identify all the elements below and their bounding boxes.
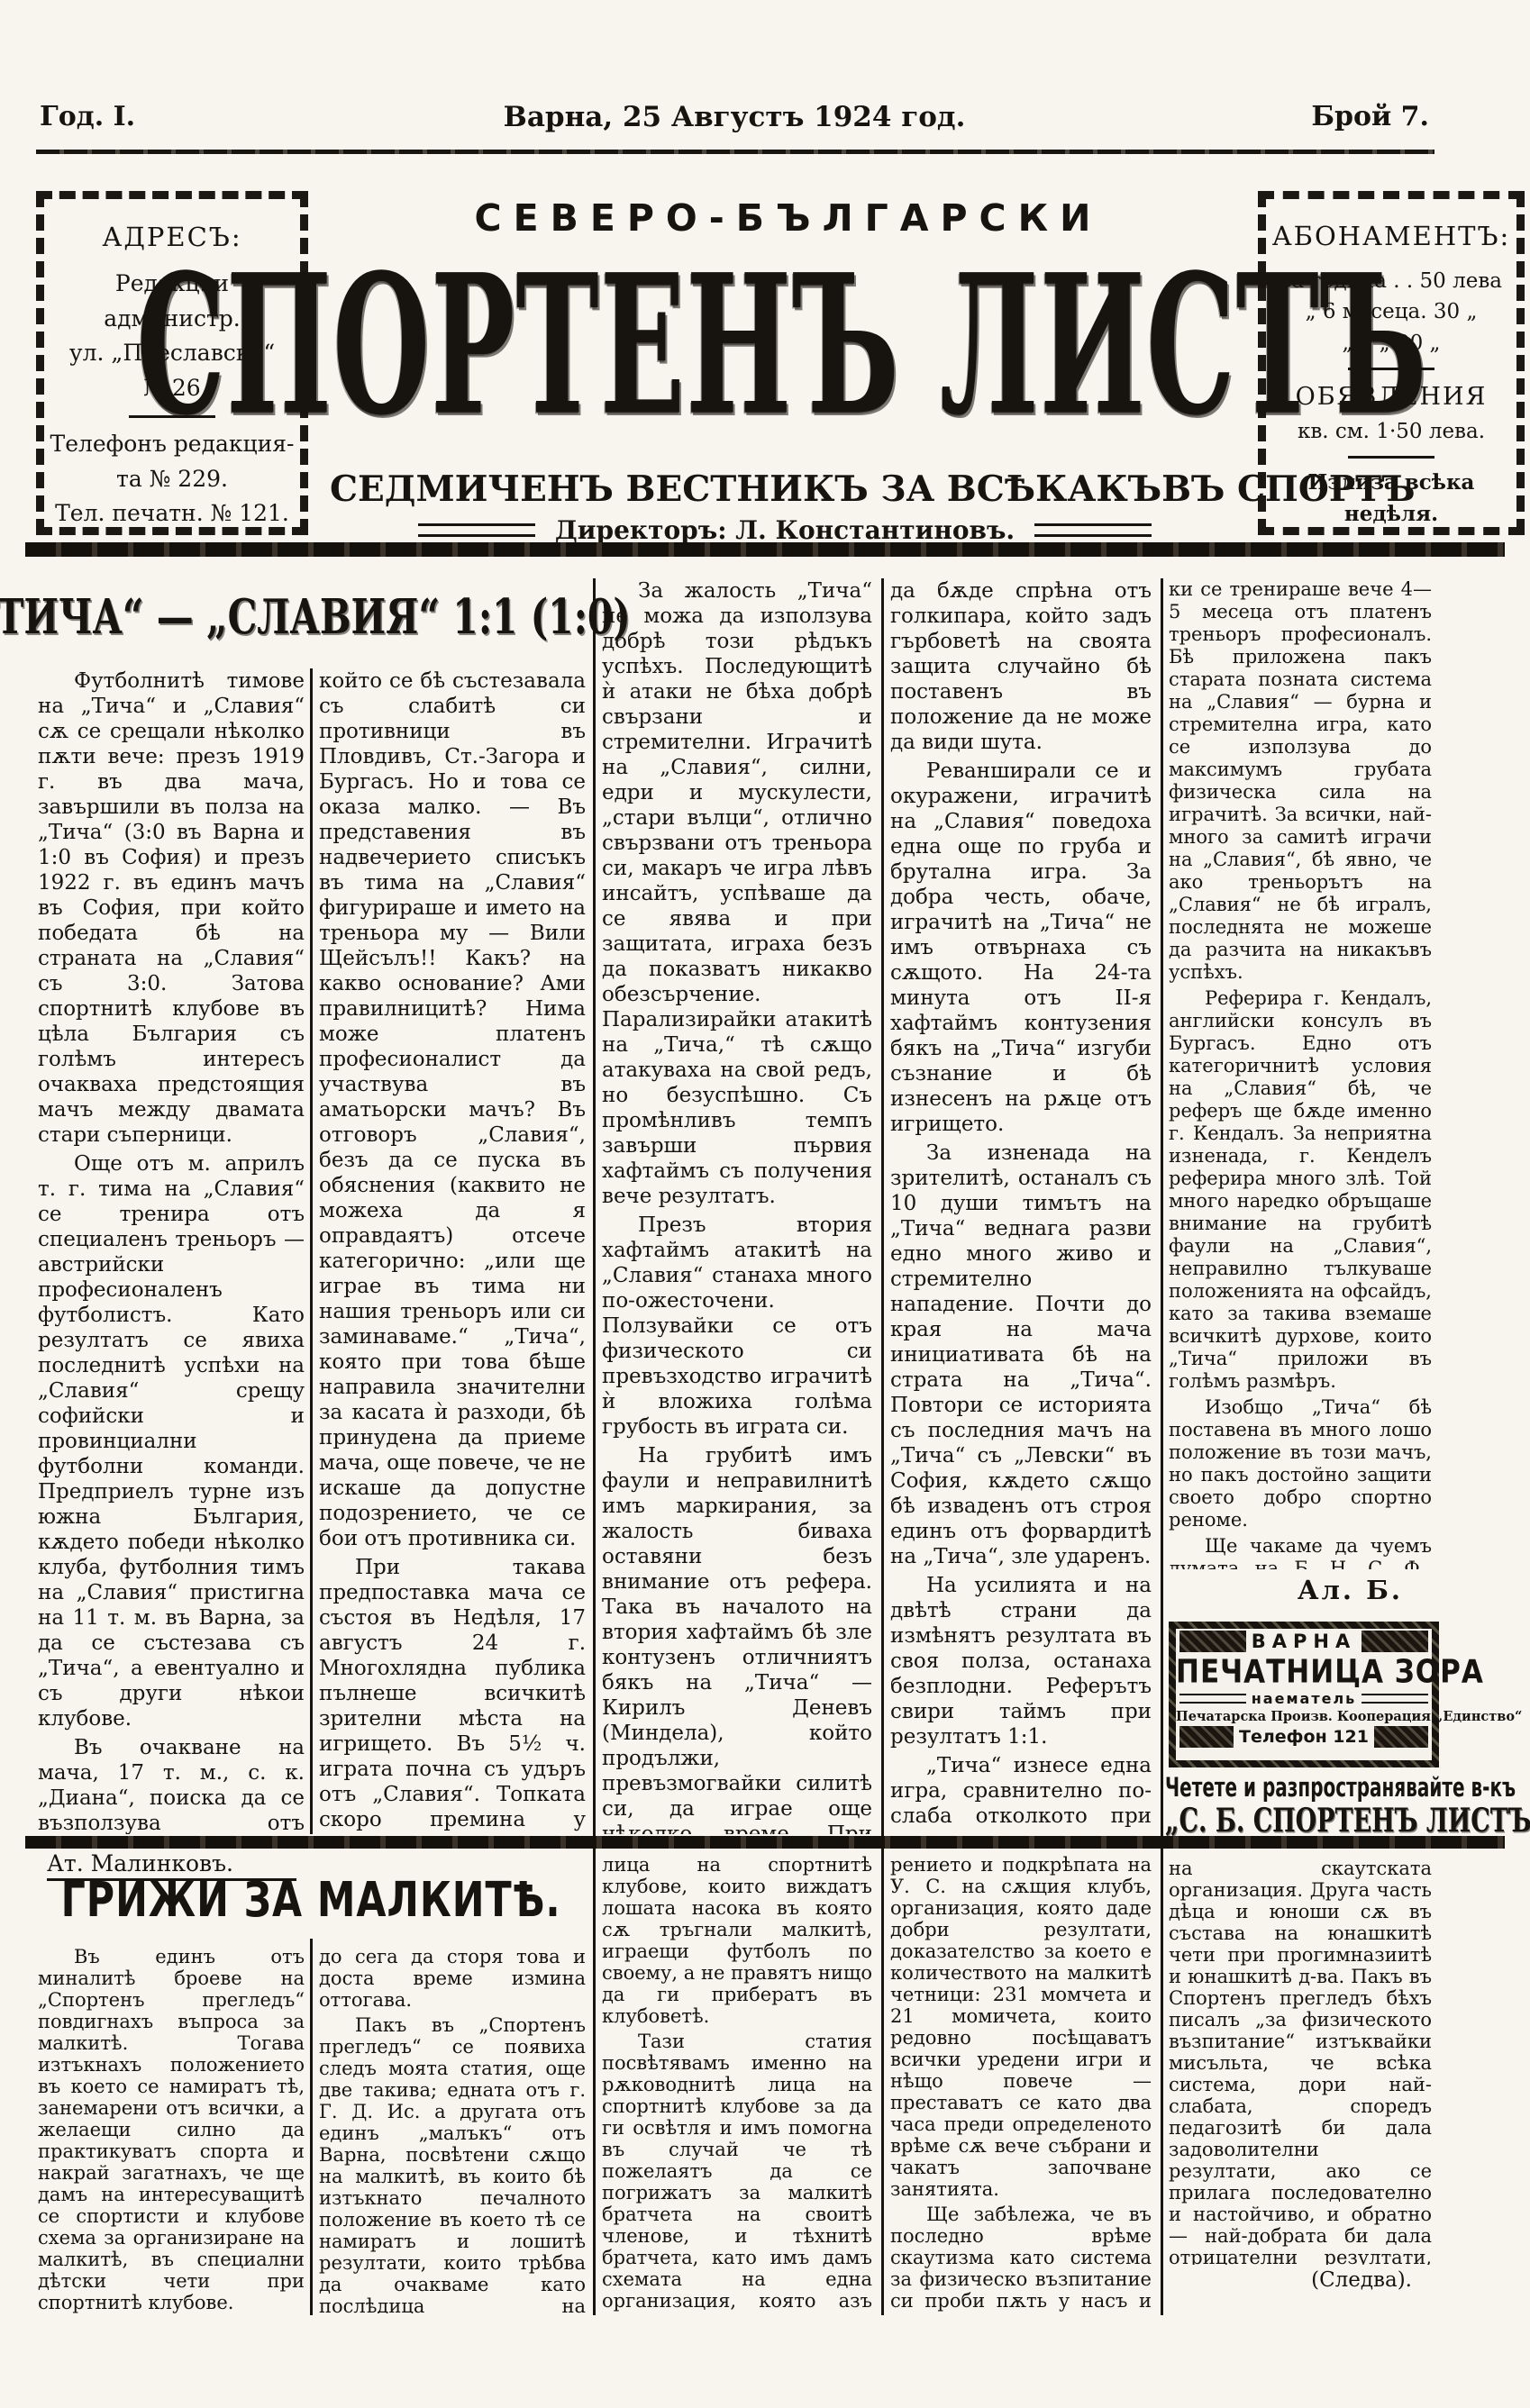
paragraph: до сега да сторя това и доста време изми… [319,1946,586,2011]
dateline-rule [36,150,1434,154]
article2-column-1: Въ единъ отъ миналитѣ броеве на „Спортен… [38,1946,305,2313]
ornament-block [1179,1631,1246,1652]
double-rule [1034,523,1152,537]
printer-city: ВАРНА [1252,1631,1356,1652]
ornament-block [1179,1726,1234,1748]
article1-column-3: За жалость „Тича“ не можа да използува д… [602,578,872,1834]
column-rule [1161,1849,1163,2315]
double-rule [1362,1694,1428,1704]
ornament-block [1362,1631,1428,1652]
masthead-subtitle: СЕДМИЧЕНЪ ВЕСТНИКЪ ЗА ВСѢКАКЪВЪ СПОРТЪ [330,468,1240,510]
double-rule [1179,1694,1246,1704]
article1-headline: „ТИЧА“ — „СЛАВИЯ“ 1:1 (1:0) [32,575,573,659]
article1-column-4: да бѫде спрѣна отъ голкипара, който задъ… [890,578,1152,1834]
paragraph: Футболнитѣ тимове на „Тича“ и „Славия“ с… [38,668,305,1148]
promo-block: Четете и разпространявайте в-къ „С. Б. С… [1165,1776,1439,1835]
masthead-title-text: СПОРТЕНЪ ЛИСТЪ [136,233,1427,458]
column-rule [310,668,313,1834]
paragraph: За жалость „Тича“ не можа да използува д… [602,578,872,1209]
article2-continuation: (Следва). [1169,2268,1412,2292]
article2-column-4: рението и подкрѣпата на У. С. на сѫщия к… [890,1854,1152,2313]
column-rule [881,578,884,1836]
paragraph: За изненада на зрителитѣ, останалъ съ 10… [890,1140,1152,1569]
paragraph: При такава предпоставка мача се състоя в… [319,1555,586,1834]
article2-column-5: на скаутската организация. Друга часть д… [1169,1858,1432,2265]
newspaper-page: Год. I. Варна, 25 Августъ 1924 год. Брой… [0,0,1530,2408]
paragraph: Още отъ м. априлъ т. г. тима на „Славия“… [38,1151,305,1731]
article1-signature: Ал. Б. [1169,1575,1403,1605]
printer-phone: Телефон 121 [1239,1727,1369,1747]
paragraph: Реферира г. Кендалъ, английски консулъ в… [1169,987,1432,1393]
printer-tenant: наематель [1252,1690,1357,1707]
dateline-issue: Брой 7. [1311,101,1429,132]
address-phone: Тел. печатн. № 121. [50,496,295,532]
separator-bar [25,1836,1505,1849]
paragraph: Реванширали се и окуражени, играчитѣ на … [890,759,1152,1137]
paragraph: „Тича“ изнесе една игра, сравнително по-… [890,1753,1152,1834]
paragraph: Ще чакаме да чуемъ думата на Б. Н. С. Ф.… [1169,1535,1432,1569]
article1-column-5: ки се тренираше вече 4—5 месеца отъ плат… [1169,578,1432,1569]
printer-name: ПЕЧАТНИЦА ЗОРА [1176,1653,1432,1690]
article2-headline-text: ГРИЖИ ЗА МАЛКИТѢ. [60,1871,560,1928]
promo-line1: Четете и разпространявайте в-къ [1165,1772,1439,1804]
column-rule [1161,578,1163,1836]
article2-column-2: до сега да сторя това и доста време изми… [319,1946,586,2313]
masthead-director-row: Директоръ: Л. Константиновъ. [330,515,1240,545]
paragraph: Изобщо „Тича“ бѣ поставена въ много лошо… [1169,1396,1432,1531]
paragraph: Тази статия посвѣтявамъ именно на рѫково… [602,2031,872,2313]
paragraph: рението и подкрѣпата на У. С. на сѫщия к… [890,1854,1152,2200]
printer-ad: ВАРНА ПЕЧАТНИЦА ЗОРА наематель Печатарск… [1169,1622,1439,1767]
paragraph: да бѫде спрѣна отъ голкипара, който задъ… [890,578,1152,755]
paragraph: който се бѣ състезавала съ слабитѣ си пр… [319,668,586,1551]
paragraph: Ще забѣлежа, че въ последно врѣме скаути… [890,2204,1152,2313]
column-rule [881,1849,884,2315]
dateline-date: Варна, 25 Августъ 1924 год. [36,101,1433,133]
paragraph: на скаутската организация. Друга часть д… [1169,1858,1432,2265]
article2-column-3: лица на спортнитѣ клубове, които виждатъ… [602,1854,872,2313]
ornament-block [1374,1726,1428,1748]
paragraph: Пакъ въ „Спортенъ прегледъ“ се появиха с… [319,2014,586,2313]
paragraph: Въ очакване на мача, 17 т. м., с. к. „Ди… [38,1735,305,1834]
masthead-title: СПОРТЕНЪ ЛИСТЪ [287,227,1278,465]
paragraph: На грубитѣ имъ фаули и неправилнитѣ имъ … [602,1443,872,1834]
article2-headline: ГРИЖИ ЗА МАЛКИТѢ. [36,1876,586,1923]
column-rule [593,578,596,1836]
double-rule [418,523,535,537]
paragraph: На усилията и на двѣтѣ страни да измѣнят… [890,1573,1152,1749]
article1-column-2: който се бѣ състезавала съ слабитѣ си пр… [319,668,586,1834]
director-label: Директоръ: Л. Константиновъ. [555,515,1015,545]
column-rule [310,1939,313,2315]
paragraph: ки се тренираше вече 4—5 месеца отъ плат… [1169,578,1432,984]
paragraph: Въ единъ отъ миналитѣ броеве на „Спортен… [38,1946,305,2313]
paragraph: Презъ втория хафтаймъ атакитѣ на „Славия… [602,1213,872,1440]
article1-headline-text: „ТИЧА“ — „СЛАВИЯ“ 1:1 (1:0) [0,589,631,645]
printer-ad-top-row: ВАРНА [1176,1631,1432,1652]
printer-coop: Печатарска Произв. Кооперация „Единство“ [1176,1709,1432,1724]
column-rule [593,1849,596,2315]
article1-column-1: Футболнитѣ тимове на „Тича“ и „Славия“ с… [38,668,305,1834]
printer-tenant-row: наематель [1176,1690,1432,1707]
promo-line2: „С. Б. СПОРТЕНЪ ЛИСТЪ“ [1165,1803,1439,1840]
separator-bar [25,542,1505,557]
printer-ad-bottom-row: Телефон 121 [1176,1726,1432,1748]
paragraph: лица на спортнитѣ клубове, които виждатъ… [602,1854,872,2027]
